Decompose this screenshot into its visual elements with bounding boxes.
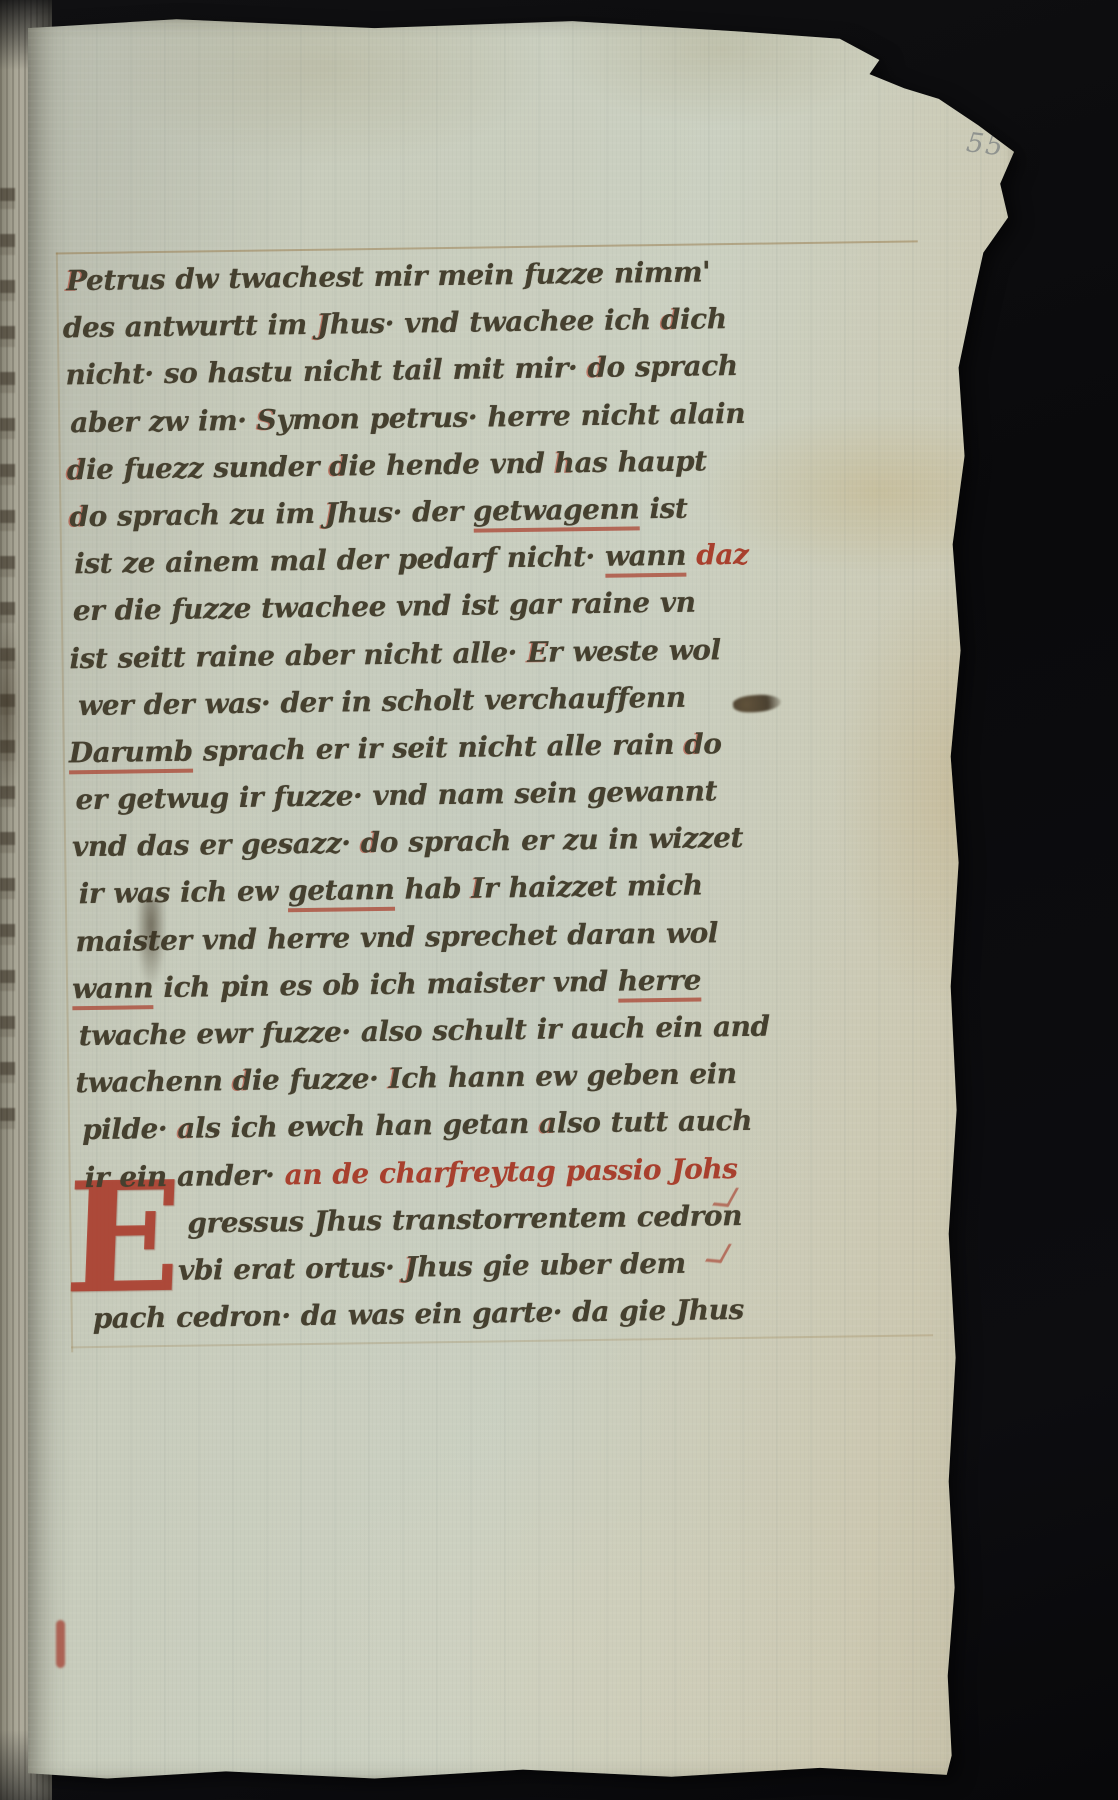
ink-text: as haupt — [574, 444, 706, 479]
folio-number: 55 — [965, 127, 1007, 163]
ink-text: I — [471, 872, 484, 905]
ink-text: r haizzet mich — [484, 869, 703, 905]
ink-text: lso tutt auch — [557, 1104, 753, 1140]
ink-text: d — [587, 351, 607, 384]
ink-text: ie hende vnd — [348, 446, 555, 482]
ink-blot-mark — [0, 610, 20, 810]
red-edge-mark — [56, 1620, 65, 1668]
ink-text: J — [317, 308, 330, 341]
text-block: Petrus dw twachest mir mein fuzze nimm'd… — [62, 248, 777, 1343]
ink-text: ir was ich ew — [79, 875, 289, 911]
ink-text: getwagenn — [473, 492, 640, 532]
ink-text: pilde· — [82, 1112, 178, 1146]
ink-text: er die fuzze twachee vnd ist gar raine v… — [73, 586, 696, 628]
ink-text: a — [539, 1107, 557, 1140]
ink-text: gressus Jhus transtorrentem cedron — [187, 1199, 742, 1240]
ink-text: o sprach — [606, 349, 738, 384]
ink-text: ich pin es ob ich maister vnd — [153, 964, 618, 1003]
ink-text: o sprach er zu in wizzet — [380, 821, 744, 859]
ink-text: wann — [605, 539, 686, 578]
ink-text: er getwug ir fuzze· vnd nam sein gewannt — [75, 774, 717, 816]
text-line: pach cedron· da was ein garte· da gie Jh… — [92, 1286, 777, 1343]
ink-text: d — [661, 303, 681, 336]
ink-text: hus gie uber dem — [417, 1247, 686, 1284]
ink-text: J — [325, 496, 338, 529]
ink-text: ch hann ew geben ein — [401, 1057, 737, 1095]
writing-area: 55 E Petrus dw twachest mir mein fuzze n… — [25, 1, 1040, 1783]
ink-text: vbi erat ortus· — [178, 1251, 405, 1287]
ink-text: ist seitt raine aber nicht alle· — [69, 635, 527, 674]
ink-text: S — [257, 403, 277, 436]
parchment-page: 55 E Petrus dw twachest mir mein fuzze n… — [28, 14, 1018, 1782]
ink-text: ymon petrus· herre nicht alain — [276, 396, 745, 436]
page-shadow: 55 E Petrus dw twachest mir mein fuzze n… — [28, 14, 1018, 1782]
ink-text: nicht· so hastu nicht tail mit mir· — [65, 351, 587, 391]
ink-text: twachenn — [75, 1064, 233, 1099]
ink-text: E — [527, 635, 548, 668]
ink-text: ir ein ander· — [85, 1158, 285, 1194]
rubric-text: daz — [686, 538, 749, 572]
ink-text: d — [329, 449, 349, 482]
ink-text: ie fuezz sunder — [86, 449, 330, 485]
ink-text: hus· vnd twachee ich — [330, 303, 662, 341]
ink-text: etrus dw twachest mir mein fuzze nimm' — [86, 255, 711, 297]
ink-text: d — [233, 1064, 253, 1097]
ink-text: sprach er ir seit nicht alle rain — [192, 728, 684, 768]
ink-text: hab — [394, 872, 472, 906]
ink-smear — [136, 898, 166, 988]
ink-text: o — [703, 727, 722, 760]
ink-text: d — [684, 727, 704, 760]
manuscript-photo: 55 E Petrus dw twachest mir mein fuzze n… — [0, 0, 1118, 1800]
ink-text: r weste wol — [548, 633, 721, 668]
ink-text: d — [360, 826, 380, 859]
ink-text: des antwurtt im — [63, 308, 318, 345]
ink-text: ie fuzze· — [252, 1062, 389, 1097]
ink-text: twache ewr fuzze· also schult ir auch ei… — [79, 1010, 770, 1053]
ink-text: pach cedron· da was ein garte· da gie Jh… — [92, 1293, 743, 1335]
ink-text: I — [388, 1062, 401, 1095]
ink-text: ich — [680, 302, 727, 336]
ink-text: getann — [288, 873, 395, 912]
ink-text: d — [67, 453, 87, 486]
ink-text: herre — [618, 963, 702, 1002]
ink-text: Darumb — [69, 734, 193, 774]
ink-text: J — [404, 1250, 417, 1283]
ink-text: aber zw im· — [70, 403, 257, 439]
ink-text: d — [69, 500, 89, 533]
ink-text: hus· der — [337, 495, 473, 530]
rubric-text: an de charfreytag passio Johs — [284, 1152, 737, 1191]
ink-text: wer der was· der in scholt verchauffenn — [78, 680, 686, 721]
ink-text: vnd das er gesazz· — [72, 827, 361, 864]
ink-text: a — [177, 1112, 195, 1145]
ink-text: ist — [639, 492, 688, 526]
text-line: vbi erat ortus· Jhus gie uber dem — [178, 1238, 777, 1294]
ink-text: maister vnd herre vnd sprechet daran wol — [75, 916, 718, 958]
ink-text: P — [66, 264, 86, 297]
text-line: gressus Jhus transtorrentem cedron — [187, 1191, 776, 1246]
ink-text: h — [554, 446, 574, 479]
ink-text: ls ich ewch han getan — [195, 1107, 540, 1145]
ink-text: ist ze ainem mal der pedarf nicht· — [74, 540, 605, 580]
ink-text: o sprach zu im — [88, 497, 325, 533]
